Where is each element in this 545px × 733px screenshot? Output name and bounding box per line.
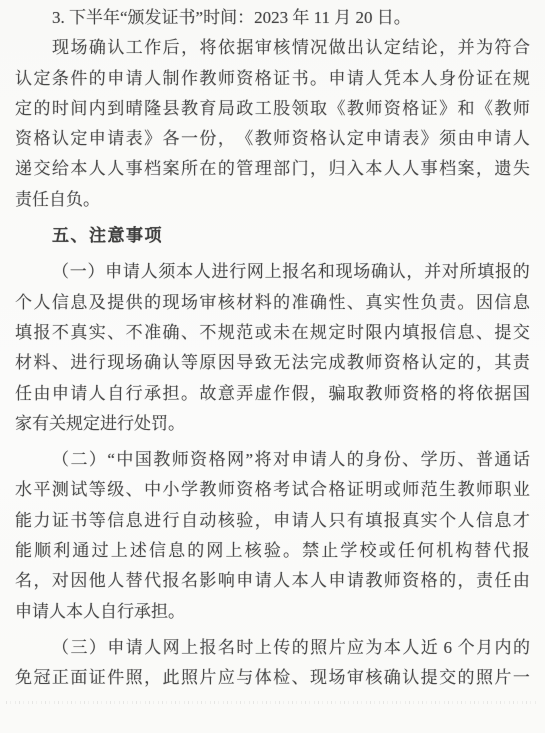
text-token: 的 (273, 288, 290, 318)
text-token: 骗 (328, 379, 345, 409)
text-token: 《 (236, 124, 253, 154)
text-token: 述 (130, 536, 147, 566)
text-token: 一 (70, 257, 87, 287)
text-token: 学 (340, 536, 357, 566)
text-token: 本 (176, 257, 193, 287)
text-token: 有 (347, 506, 364, 536)
text-token: 。 (283, 536, 300, 566)
text-token: 格 (402, 348, 419, 378)
text-token: 证 (89, 663, 106, 693)
text-token: 符 (495, 33, 512, 63)
text-token: 息 (458, 318, 475, 348)
text-token: 定 (15, 94, 32, 124)
text-token: 限 (365, 318, 382, 348)
text-token: 平 (33, 475, 50, 505)
text-token: 利 (53, 536, 70, 566)
text-line: 名，对因他人替代报名影响申请人本人申请教师资格的，责任由 (15, 566, 530, 596)
text-token: 格 (209, 445, 226, 475)
text-token: 定 (70, 124, 87, 154)
text-token: 6 (439, 633, 456, 663)
text-token: 师 (365, 94, 382, 124)
text-token: 确 (384, 663, 401, 693)
text-token: 作 (181, 64, 198, 94)
text-token: 、 (107, 318, 124, 348)
text-token: 报 (33, 318, 50, 348)
text-token: 案 (163, 154, 180, 184)
text-token: 照 (181, 663, 198, 693)
text-token: 领 (292, 94, 309, 124)
text-token: 信 (439, 318, 456, 348)
text-token: 个 (439, 506, 456, 536)
text-token: 事 (126, 154, 143, 184)
text-token: 件 (107, 663, 124, 693)
text-token: （ (52, 257, 69, 287)
text-token: 国 (513, 379, 530, 409)
text-token: 认 (15, 64, 32, 94)
text-token: 或 (379, 536, 396, 566)
text-token: 资 (236, 64, 253, 94)
text-token: 情 (292, 33, 309, 63)
text-token: 将 (255, 445, 272, 475)
text-token: 《 (476, 94, 493, 124)
text-token: 格 (328, 475, 345, 505)
text-token: 格 (310, 124, 327, 154)
text-token: 请 (126, 633, 143, 663)
text-token: 》 (421, 124, 438, 154)
text-token: 作 (144, 33, 161, 63)
text-token: 、 (476, 318, 493, 348)
text-line: （二）“中国教师资格网”将对申请人的身份、学历、普通话 (15, 445, 530, 475)
text-token: 请 (347, 566, 364, 596)
text-token: 资 (236, 475, 253, 505)
text-token: 职 (494, 475, 511, 505)
text-token: 交 (513, 318, 530, 348)
text-token: 师 (513, 94, 530, 124)
text-token: 资 (384, 94, 401, 124)
text-token: 请 (70, 379, 87, 409)
text-token: 认 (389, 257, 406, 287)
text-token: 师 (384, 566, 401, 596)
text-token: 动 (199, 506, 216, 536)
text-token: 门 (292, 154, 309, 184)
text-token: 申 (52, 379, 69, 409)
text-token: 的 (439, 379, 456, 409)
text-token: 证 (421, 94, 438, 124)
text-token: 申 (236, 566, 253, 596)
text-token: 二 (70, 445, 87, 475)
text-token: 准 (292, 288, 309, 318)
text-token: 普 (476, 445, 493, 475)
text-token: 照 (126, 663, 143, 693)
text-token: 资 (402, 566, 419, 596)
text-token: 档 (144, 154, 161, 184)
text-token: 出 (347, 33, 364, 63)
text-token: 依 (476, 379, 493, 409)
text-token: 人 (310, 566, 327, 596)
text-token: 请 (292, 506, 309, 536)
text-token: 请 (310, 445, 327, 475)
text-token: 取 (347, 379, 364, 409)
text-line: 定的时间内到晴隆县教育局政工股领取《教师资格证》和《教师 (15, 94, 530, 124)
text-token: 材 (15, 348, 32, 378)
text-token: 导 (236, 348, 253, 378)
text-token: 制 (163, 64, 180, 94)
text-token: 身 (439, 64, 456, 94)
text-line: 能力证书等信息进行自动核验，申请人只有填报真实个人信息才 (15, 506, 530, 536)
text-line: 现场确认工作后，将依据审核情况做出认定结论，并为符合 (15, 33, 530, 63)
text-line: 个人信息及提供的现场审核材料的准确性、真实性负责。因信息 (15, 288, 530, 318)
text-token: 通 (72, 536, 89, 566)
text-token: 师 (218, 475, 235, 505)
text-token: 教 (458, 475, 475, 505)
text-token: 遗 (494, 154, 511, 184)
text-line: 免冠正面证件照，此照片应与体检、现场审核确认提交的照片一 (15, 663, 530, 693)
text-token: 息 (494, 506, 511, 536)
text-token: 、 (458, 445, 475, 475)
text-token: 进 (211, 257, 228, 287)
text-token: 身 (365, 445, 382, 475)
text-token: 片 (329, 633, 346, 663)
text-token: 时 (52, 94, 69, 124)
text-token: 的 (144, 288, 161, 318)
text-token: 报 (163, 566, 180, 596)
text-token: 申 (89, 124, 106, 154)
text-token: 内 (495, 633, 512, 663)
text-token: 格 (421, 379, 438, 409)
text-token: 面 (70, 663, 87, 693)
text-token: 话 (513, 445, 530, 475)
text-token: 致 (255, 348, 272, 378)
text-token: 或 (255, 318, 272, 348)
text-line: 水平测试等级、中小学教师资格考试合格证明或师范生教师职业 (15, 475, 530, 505)
text-line: 填报不真实、不准确、不规范或未在规定时限内填报信息、提交 (15, 318, 530, 348)
text-token: 申 (107, 64, 124, 94)
text-token: 资 (292, 124, 309, 154)
text-token: 实 (421, 506, 438, 536)
text-token: 学 (181, 475, 198, 505)
text-token: 的 (439, 566, 456, 596)
text-token: 规 (310, 318, 327, 348)
text-token: 师 (384, 379, 401, 409)
text-line: （一）申请人须本人进行网上报名和现场确认，并对所填报的 (15, 257, 530, 287)
text-token: 核 (365, 663, 382, 693)
text-token: 人 (402, 154, 419, 184)
text-token: 试 (70, 475, 87, 505)
text-token: 认 (52, 124, 69, 154)
text-token: 人 (89, 379, 106, 409)
text-token: 的 (33, 94, 50, 124)
text-token: 过 (92, 536, 109, 566)
text-token: 验 (264, 536, 281, 566)
text-token: 晴 (126, 94, 143, 124)
text-token: 后 (163, 33, 180, 63)
text-token: ， (476, 348, 493, 378)
text-token: 申 (107, 633, 124, 663)
text-token: 验 (236, 506, 253, 536)
text-token: 条 (52, 64, 69, 94)
text-token: 请 (126, 64, 143, 94)
text-token: 原 (199, 348, 216, 378)
text-token: 现 (52, 33, 69, 63)
text-token: 人 (107, 154, 124, 184)
text-token: 片 (494, 663, 511, 693)
text-token: 由 (458, 124, 475, 154)
text-token: 师 (218, 64, 235, 94)
text-token: 认 (402, 663, 419, 693)
text-token: 责 (439, 288, 456, 318)
text-token: 事 (421, 154, 438, 184)
text-token: 审 (199, 288, 216, 318)
text-line: 责任自负。 (15, 185, 530, 215)
text-token: 的 (218, 154, 235, 184)
text-token: 对 (442, 257, 459, 287)
text-token: 信 (149, 536, 166, 566)
text-token: 力 (33, 506, 50, 536)
text-token: 责 (513, 348, 530, 378)
text-token: 人 (310, 506, 327, 536)
text-token: ， (406, 257, 423, 287)
text-token: 证 (476, 64, 493, 94)
text-token: 格 (255, 475, 272, 505)
text-token: 格 (421, 566, 438, 596)
text-token: 人 (365, 64, 382, 94)
text-token: 行 (163, 506, 180, 536)
text-token: 负 (421, 288, 438, 318)
text-token: 假 (292, 379, 309, 409)
text-token: 的 (89, 64, 106, 94)
text-token: 因 (70, 566, 87, 596)
text-token: 县 (163, 94, 180, 124)
text-line: 任由申请人自行承担。故意弄虚作假，骗取教师资格的将依据国 (15, 379, 530, 409)
text-token: 自 (181, 506, 198, 536)
text-token: 报 (421, 318, 438, 348)
text-token: 息 (168, 536, 185, 566)
text-token: 、 (126, 475, 143, 505)
text-line: 材料、进行现场确认等原因导致无法完成教师资格认定的，其责 (15, 348, 530, 378)
text-token: 案 (458, 154, 475, 184)
text-token: 教 (494, 94, 511, 124)
text-token: 人 (33, 288, 50, 318)
text-token: 国 (135, 445, 152, 475)
text-token: 书 (70, 506, 87, 536)
text-token: 对 (273, 445, 290, 475)
text-token: 所 (181, 154, 198, 184)
text-token: 格 (33, 124, 50, 154)
text-token: 教 (199, 475, 216, 505)
text-token: 不 (52, 318, 69, 348)
text-token: 将 (458, 379, 475, 409)
text-token: 人 (89, 154, 106, 184)
text-line: 能顺利通过上述信息的网上核验。禁止学校或任何机构替代报 (15, 536, 530, 566)
text-token: 档 (439, 154, 456, 184)
text-token: 人 (144, 64, 161, 94)
text-token: 体 (255, 663, 272, 693)
text-token: 完 (310, 348, 327, 378)
text-token: 现 (310, 663, 327, 693)
text-token: 报 (495, 257, 512, 287)
text-token: 测 (52, 475, 69, 505)
text-token: 责 (476, 566, 493, 596)
text-token: 实 (89, 318, 106, 348)
text-token: 进 (70, 348, 87, 378)
text-token: 不 (126, 318, 143, 348)
text-token: 网 (163, 633, 180, 663)
text-token: 只 (328, 506, 345, 536)
text-line: （三）申请人网上报名时上传的照片应为本人近 6 个月内的 (15, 633, 530, 663)
text-token: 教 (347, 348, 364, 378)
text-token: 中 (144, 475, 161, 505)
text-token: 上 (226, 536, 243, 566)
text-token: ， (33, 566, 50, 596)
text-token: 人 (328, 445, 345, 475)
text-token: 的 (458, 348, 475, 378)
text-token: 近 (421, 633, 438, 663)
text-token: 格 (255, 64, 272, 94)
text-token: 通 (494, 445, 511, 475)
text-token: 止 (321, 536, 338, 566)
text-token: 请 (384, 124, 401, 154)
text-token: 本 (70, 154, 87, 184)
text-token: 局 (218, 94, 235, 124)
text-token: 所 (460, 257, 477, 287)
text-token: 提 (494, 318, 511, 348)
text-token: 等 (89, 475, 106, 505)
text-token: 行 (126, 379, 143, 409)
text-token: ， (255, 506, 272, 536)
text-token: 才 (513, 506, 530, 536)
text-token: 教 (347, 94, 364, 124)
text-token: 真 (402, 506, 419, 536)
text-token: 生 (439, 475, 456, 505)
text-token: 递 (15, 154, 32, 184)
text-token: 确 (371, 257, 388, 287)
text-token: 料 (255, 288, 272, 318)
text-token: 照 (310, 633, 327, 663)
text-token: 场 (328, 663, 345, 693)
text-token: 在 (292, 318, 309, 348)
text-token: 师 (476, 475, 493, 505)
text-token: 息 (70, 288, 87, 318)
text-token: ， (310, 154, 327, 184)
text-token: 证 (347, 475, 364, 505)
text-token: 报 (200, 633, 217, 663)
text-token: 应 (347, 633, 364, 663)
text-token: 时 (236, 633, 253, 663)
text-token: 认 (107, 33, 124, 63)
text-token: 工 (126, 33, 143, 63)
text-token: 结 (402, 33, 419, 63)
text-token: 行 (229, 257, 246, 287)
text-token: 历 (439, 445, 456, 475)
text-token: 认 (163, 348, 180, 378)
text-token: 审 (347, 663, 364, 693)
text-token: 息 (126, 506, 143, 536)
text-token: 任 (494, 566, 511, 596)
text-token: 构 (455, 536, 472, 566)
text-token: 请 (494, 124, 511, 154)
text-token: ， (476, 154, 493, 184)
text-token: 入 (347, 154, 364, 184)
text-token: 进 (144, 506, 161, 536)
text-token: 上 (255, 633, 272, 663)
text-token: ， (310, 379, 327, 409)
text-token: 本 (402, 64, 419, 94)
text-token: 作 (273, 379, 290, 409)
text-token: 取 (310, 94, 327, 124)
text-token: 间 (70, 94, 87, 124)
text-token: 》 (439, 94, 456, 124)
text-token: 确 (163, 318, 180, 348)
text-token: 因 (218, 348, 235, 378)
text-token: 明 (365, 475, 382, 505)
text-token: 表 (126, 124, 143, 154)
text-token: 个 (458, 633, 475, 663)
text-token: 对 (52, 566, 69, 596)
text-token: 顺 (34, 536, 51, 566)
text-token: 股 (273, 94, 290, 124)
text-token: 性 (328, 288, 345, 318)
text-token: 规 (513, 64, 530, 94)
text-token: 他 (89, 566, 106, 596)
text-token: 定 (328, 318, 345, 348)
text-token: 合 (513, 33, 530, 63)
text-token: 片 (199, 663, 216, 693)
text-token: 核 (218, 288, 235, 318)
text-token: 须 (158, 257, 175, 287)
text-token: 份 (458, 64, 475, 94)
text-token: 上 (265, 257, 282, 287)
text-token: 给 (52, 154, 69, 184)
text-token: 的 (347, 445, 364, 475)
text-token: 交 (33, 154, 50, 184)
text-token: 冠 (33, 663, 50, 693)
text-token: 无 (273, 348, 290, 378)
text-line: 认定条件的申请人制作教师资格证书。申请人凭本人身份证在规 (15, 64, 530, 94)
text-token: 意 (218, 379, 235, 409)
text-token: 等 (181, 348, 198, 378)
text-token: 确 (310, 288, 327, 318)
text-token: 此 (163, 663, 180, 693)
text-token: 为 (476, 33, 493, 63)
text-token: 部 (273, 154, 290, 184)
text-token: 请 (347, 64, 364, 94)
text-token: 申 (273, 506, 290, 536)
text-token: 确 (144, 348, 161, 378)
text-token: 教 (365, 379, 382, 409)
text-token: 现 (107, 348, 124, 378)
text-token: 填 (365, 506, 382, 536)
text-token: 个 (15, 288, 32, 318)
text-token: 到 (107, 94, 124, 124)
text-token: 的 (292, 633, 309, 663)
text-token: 申 (328, 566, 345, 596)
text-token: 弄 (236, 379, 253, 409)
text-token: 的 (513, 257, 530, 287)
text-token: 表 (402, 124, 419, 154)
text-line: 3. 下半年“颁发证书”时间：2023 年 11 月 20 日。 (15, 3, 530, 33)
text-token: 理 (255, 154, 272, 184)
text-token: 并 (424, 257, 441, 287)
scan-artifact-line (6, 701, 539, 704)
text-token: 在 (494, 64, 511, 94)
text-token: 试 (292, 475, 309, 505)
text-token: 份 (199, 124, 216, 154)
text-token: 申 (105, 257, 122, 287)
text-token: 场 (70, 33, 87, 63)
text-token: 人 (421, 64, 438, 94)
text-token: 由 (513, 566, 530, 596)
text-token: 资 (384, 348, 401, 378)
